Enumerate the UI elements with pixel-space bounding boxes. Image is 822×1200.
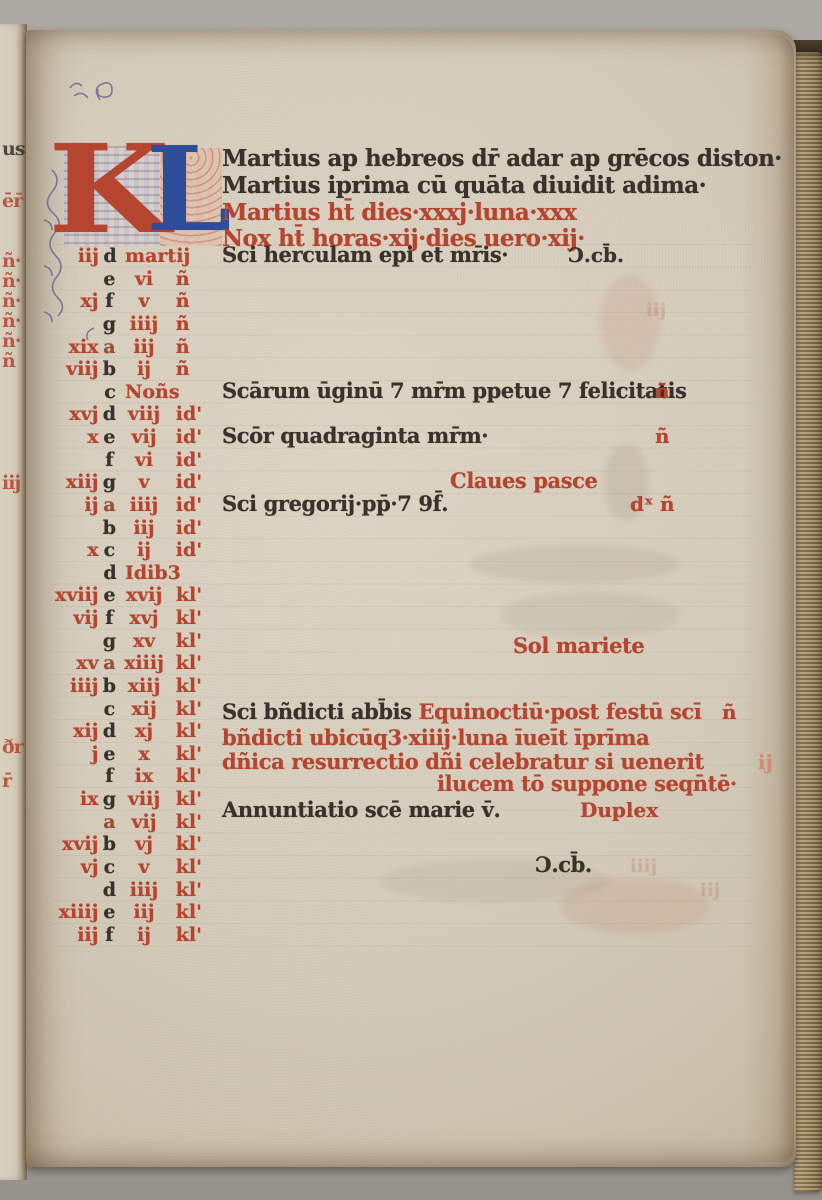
golden-number: xij	[55, 720, 99, 742]
calendar-row: xvaxiiijkl'	[55, 652, 245, 674]
golden-number	[55, 313, 99, 335]
feast-text: Claues pasce	[450, 468, 598, 493]
calendar-row: xixaiijñ	[55, 336, 245, 358]
golden-number	[55, 630, 99, 652]
book-fore-edge-pages	[794, 52, 822, 1192]
calendar-row: iiijbxiijkl'	[55, 675, 245, 697]
bleedthrough-text: iij	[700, 880, 720, 901]
calendar-row: diiijkl'	[55, 879, 245, 901]
roman-date-count: vij	[120, 426, 167, 448]
golden-number: xvij	[55, 833, 99, 855]
bleedthrough-blot	[560, 878, 710, 934]
roman-date-count: vi	[120, 449, 167, 471]
dominical-letter: a	[99, 494, 121, 516]
roman-date-count: iiij	[120, 494, 167, 516]
golden-number: xvj	[55, 403, 99, 425]
golden-number: ij	[55, 494, 99, 516]
previous-page-text-fragment: ēr̄	[2, 192, 22, 211]
feast-text: Sci herculam epi et mr̄is·	[222, 242, 508, 267]
calendar-row: xjfvñ	[55, 290, 245, 312]
header-red-line-1: Martius ht̄ dies·xxxj·luna·xxx	[222, 201, 782, 224]
golden-number: viij	[55, 358, 99, 380]
dominical-letter: c	[99, 856, 121, 878]
roman-date-marker: kl'	[168, 924, 245, 946]
golden-number: xiij	[55, 471, 99, 493]
roman-date-marker: kl'	[168, 607, 245, 629]
calendar-row: xviijexvijkl'	[55, 584, 245, 606]
calendar-row: xvjdviijid'	[55, 403, 245, 425]
golden-number	[55, 449, 99, 471]
roman-date-marker: kl'	[168, 652, 245, 674]
roman-date-marker: kl'	[168, 833, 245, 855]
calendar-row: gxvkl'	[55, 630, 245, 652]
feast-text: Sci gregorij·pp̄·7 9f̄.	[222, 491, 448, 516]
roman-date-count: xvij	[120, 584, 167, 606]
roman-date-count: xiij	[120, 675, 167, 697]
golden-number	[55, 381, 99, 403]
feast-entry: Scārum ūginū 7 mr̄m ppetue 7 felicitatis	[222, 379, 687, 402]
calendar-row: avijkl'	[55, 811, 245, 833]
roman-date-marker: ñ	[168, 336, 245, 358]
feast-entry: Sci herculam epi et mr̄is·	[222, 243, 508, 266]
golden-number: x	[55, 539, 99, 561]
feast-text: ilucem tō suppone seqn̄tē·	[437, 771, 737, 796]
golden-number: vj	[55, 856, 99, 878]
feast-text: Equinoctiū·post festū scī	[419, 699, 702, 724]
roman-date-count: viij	[120, 788, 167, 810]
margin-grade-mark: dˣ	[630, 492, 654, 516]
roman-date-count: xij	[120, 698, 167, 720]
previous-page-text-fragment: ñ·	[2, 332, 20, 351]
golden-number: xj	[55, 290, 99, 312]
roman-date-count: v	[120, 471, 167, 493]
roman-date-count: ij	[120, 539, 167, 561]
golden-number: xviij	[55, 584, 99, 606]
roman-date-count: ix	[120, 765, 167, 787]
dominical-letter: e	[99, 584, 121, 606]
golden-number	[55, 698, 99, 720]
calendar-row: iijfijkl'	[55, 924, 245, 946]
dominical-letter: a	[99, 336, 121, 358]
roman-date-label: Idib3	[121, 562, 181, 584]
dominical-letter: b	[99, 517, 121, 539]
dominical-letter: b	[99, 833, 121, 855]
margin-grade-mark: ñ	[722, 700, 737, 724]
golden-number	[55, 517, 99, 539]
dominical-letter: f	[99, 924, 121, 946]
roman-date-marker: kl'	[168, 584, 245, 606]
roman-date-count: ij	[120, 358, 167, 380]
golden-number: iiij	[55, 675, 99, 697]
previous-page-text-fragment: ñ	[2, 352, 15, 371]
calendar-row: biijid'	[55, 517, 245, 539]
dominical-letter: e	[99, 743, 121, 765]
calendar-row: xiiijeiijkl'	[55, 901, 245, 923]
golden-number: x	[55, 426, 99, 448]
dominical-letter: c	[99, 539, 121, 561]
feast-entry: Sol mariete	[513, 634, 644, 657]
calendar-row: xcijid'	[55, 539, 245, 561]
calendar-row: cNoñs	[55, 381, 245, 403]
dominical-letter: g	[99, 471, 121, 493]
roman-date-count: xj	[120, 720, 167, 742]
feast-text: Annuntiatio scē marie v̄.	[222, 797, 500, 822]
dominical-letter: g	[99, 313, 121, 335]
roman-date-marker: kl'	[168, 856, 245, 878]
dominical-letter: a	[99, 652, 121, 674]
initial-letter-L: L	[146, 132, 232, 248]
roman-date-count: iij	[120, 336, 167, 358]
dominical-letter: d	[99, 562, 121, 584]
dominical-letter: c	[99, 698, 121, 720]
roman-date-count: iij	[120, 901, 167, 923]
dominical-letter: f	[99, 765, 121, 787]
feast-entry: Sci bñdicti abb̄is Equinoctiū·post festū…	[222, 700, 701, 723]
feast-text: Ɔ.cb̄.	[535, 852, 592, 877]
golden-number	[55, 811, 99, 833]
feast-text: bñdicti ubicūq3·xiiij·luna īueīt īprīma	[222, 725, 649, 750]
golden-number: vij	[55, 607, 99, 629]
dominical-letter: b	[99, 358, 121, 380]
feast-entry: Claues pasce	[450, 469, 598, 492]
calendar-row: vjcvkl'	[55, 856, 245, 878]
calendar-row: xevijid'	[55, 426, 245, 448]
dominical-letter: e	[99, 901, 121, 923]
dominical-letter: d	[99, 403, 121, 425]
dominical-letter: a	[99, 811, 121, 833]
previous-page-text-fragment: iij	[2, 474, 20, 493]
roman-date-count: vj	[120, 833, 167, 855]
golden-number	[55, 562, 99, 584]
calendar-row: fviid'	[55, 449, 245, 471]
feast-text: dñica resurrectio dñi celebratur si uene…	[222, 749, 704, 774]
feast-entry: ilucem tō suppone seqn̄tē·	[437, 772, 737, 795]
roman-date-label: martij	[121, 245, 190, 267]
previous-page-text-fragment: ñ·	[2, 252, 20, 271]
previous-page-text-fragment: ñ·	[2, 312, 20, 331]
feast-text: Scōr quadraginta mr̄m·	[222, 423, 488, 448]
dominical-letter: g	[99, 630, 121, 652]
roman-date-count: xiiij	[120, 652, 167, 674]
roman-date-marker: kl'	[168, 630, 245, 652]
dominical-letter: f	[99, 607, 121, 629]
calendar-row: iijdmartij	[55, 245, 245, 267]
roman-date-marker: kl'	[168, 901, 245, 923]
roman-date-count: viij	[120, 403, 167, 425]
previous-page-text-fragment: ñ·	[2, 292, 20, 311]
previous-page-edge: usēr̄ñ·ñ·ñ·ñ·ñ·ñiijðrr̄	[0, 24, 27, 1180]
feast-entry: dñica resurrectio dñi celebratur si uene…	[222, 750, 704, 773]
feast-entry: Ɔ.cb̄.	[535, 853, 592, 876]
roman-date-count: x	[120, 743, 167, 765]
golden-number	[55, 765, 99, 787]
roman-date-count: vi	[120, 268, 167, 290]
calendar-row: jexkl'	[55, 743, 245, 765]
feast-entry: Sci gregorij·pp̄·7 9f̄.	[222, 492, 448, 515]
roman-date-label: Noñs	[121, 381, 180, 403]
dominical-letter: c	[99, 381, 121, 403]
calendar-row: ixgviijkl'	[55, 788, 245, 810]
roman-date-marker: kl'	[168, 675, 245, 697]
roman-date-count: xvj	[120, 607, 167, 629]
roman-date-marker: ñ	[168, 268, 245, 290]
calendar-row: xijdxjkl'	[55, 720, 245, 742]
calendar-row: eviñ	[55, 268, 245, 290]
golden-number: j	[55, 743, 99, 765]
feast-text: Sol mariete	[513, 633, 644, 658]
calendar-row: cxijkl'	[55, 698, 245, 720]
bleedthrough-text: iiij	[630, 856, 657, 877]
roman-date-marker: id'	[168, 449, 245, 471]
dominical-letter: e	[99, 268, 121, 290]
feast-text: Scārum ūginū 7 mr̄m ppetue 7 felicitatis	[222, 378, 687, 403]
roman-date-count: iiij	[120, 879, 167, 901]
margin-grade-mark: ñ	[655, 379, 670, 403]
roman-date-count: v	[120, 290, 167, 312]
margin-grade-mark: ñ	[660, 492, 675, 516]
header-verse-1: Martius ap hebreos dr̄ adar ap grēcos di…	[222, 147, 782, 170]
golden-number	[55, 879, 99, 901]
feast-entry: bñdicti ubicūq3·xiiij·luna īueīt īprīma	[222, 726, 649, 749]
previous-page-text-fragment: ñ·	[2, 272, 20, 291]
dominical-letter: f	[99, 290, 121, 312]
margin-grade-mark: ij	[758, 750, 773, 774]
calendar-row: viijbijñ	[55, 358, 245, 380]
golden-number: xv	[55, 652, 99, 674]
roman-date-marker: id'	[168, 517, 245, 539]
calendar-row: dIdib3	[55, 562, 245, 584]
previous-page-text-fragment: ðr	[2, 738, 23, 757]
margin-grade-mark: ñ	[655, 424, 670, 448]
calendar-row: xiijgvid'	[55, 471, 245, 493]
dominical-letter: d	[99, 879, 121, 901]
feast-text: Sci bñdicti abb̄is	[222, 699, 419, 724]
feast-entry: Annuntiatio scē marie v̄.	[222, 798, 500, 821]
margin-grade-mark: Ɔ.cb̄.	[568, 243, 624, 267]
previous-page-text-fragment: r̄	[2, 772, 11, 791]
roman-date-marker: ñ	[168, 313, 245, 335]
roman-date-count: iij	[120, 517, 167, 539]
roman-date-marker: id'	[168, 539, 245, 561]
margin-grade-mark: Duplex	[580, 798, 658, 822]
roman-date-count: xv	[120, 630, 167, 652]
calendar-row: vijfxvjkl'	[55, 607, 245, 629]
previous-page-text-fragment: us	[2, 140, 25, 159]
golden-number: ix	[55, 788, 99, 810]
calendar-row: giiijñ	[55, 313, 245, 335]
bleedthrough-blot	[500, 592, 680, 638]
dominical-letter: b	[99, 675, 121, 697]
bleedthrough-blot	[600, 275, 660, 370]
roman-date-count: vij	[120, 811, 167, 833]
dominical-letter: f	[99, 449, 121, 471]
bleedthrough-blot	[470, 545, 680, 583]
feast-entry: Scōr quadraginta mr̄m·	[222, 424, 488, 447]
golden-number: xiiij	[55, 901, 99, 923]
dominical-letter: e	[99, 426, 121, 448]
roman-date-count: ij	[120, 924, 167, 946]
calendar-row: xvijbvjkl'	[55, 833, 245, 855]
golden-number	[55, 268, 99, 290]
header-verse-2: Martius iprima cū quāta diuidit adima·	[222, 174, 782, 197]
calendar-row: fixkl'	[55, 765, 245, 787]
golden-number: iij	[55, 245, 99, 267]
dominical-letter: d	[99, 245, 121, 267]
roman-date-marker: kl'	[168, 879, 245, 901]
bleedthrough-text: iij	[646, 300, 666, 321]
dominical-letter: d	[99, 720, 121, 742]
roman-date-count: iiij	[120, 313, 167, 335]
golden-number: iij	[55, 924, 99, 946]
roman-date-count: v	[120, 856, 167, 878]
roman-date-marker: ñ	[168, 290, 245, 312]
golden-number: xix	[55, 336, 99, 358]
dominical-letter: g	[99, 788, 121, 810]
calendar-row: ijaiiijid'	[55, 494, 245, 516]
